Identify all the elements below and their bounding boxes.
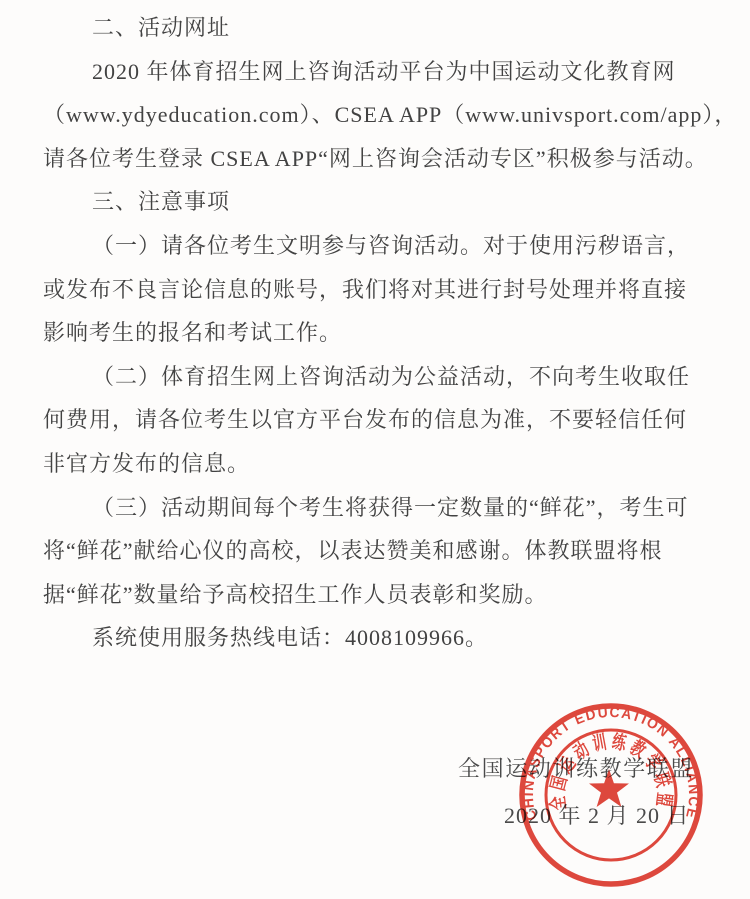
doc-line: 或发布不良言论信息的账号，我们将对其进行封号处理并将直接 bbox=[43, 268, 695, 312]
scanned-notice-page: 二、活动网址 2020 年体育招生网上咨询活动平台为中国运动文化教育网 （www… bbox=[0, 0, 750, 899]
doc-line: （二）体育招生网上咨询活动为公益活动，不向考生收取任 bbox=[43, 355, 695, 399]
doc-line: 何费用，请各位考生以官方平台发布的信息为准，不要轻信任何 bbox=[43, 398, 695, 442]
doc-line: 将“鲜花”献给心仪的高校，以表达赞美和感谢。体教联盟将根 bbox=[43, 529, 695, 573]
section-heading: 二、活动网址 bbox=[43, 6, 695, 50]
doc-line: 据“鲜花”数量给予高校招生工作人员表彰和奖励。 bbox=[43, 573, 695, 617]
official-seal: CHINASPORT EDUCATION ALLIANCE 全国运动训练教学联盟 bbox=[517, 701, 705, 889]
doc-line: （三）活动期间每个考生将获得一定数量的“鲜花”，考生可 bbox=[43, 486, 695, 530]
document-body: 二、活动网址 2020 年体育招生网上咨询活动平台为中国运动文化教育网 （www… bbox=[43, 6, 695, 660]
star-icon bbox=[589, 769, 629, 807]
hotline-line: 系统使用服务热线电话：4008109966。 bbox=[43, 616, 695, 660]
doc-line: （www.ydyeducation.com）、CSEA APP（www.univ… bbox=[43, 93, 695, 137]
section-heading: 三、注意事项 bbox=[43, 180, 695, 224]
doc-line: 非官方发布的信息。 bbox=[43, 442, 695, 486]
doc-line: （一）请各位考生文明参与咨询活动。对于使用污秽语言， bbox=[43, 224, 695, 268]
doc-line: 影响考生的报名和考试工作。 bbox=[43, 311, 695, 355]
doc-line: 2020 年体育招生网上咨询活动平台为中国运动文化教育网 bbox=[43, 50, 695, 94]
doc-line: 请各位考生登录 CSEA APP“网上咨询会活动专区”积极参与活动。 bbox=[43, 137, 695, 181]
